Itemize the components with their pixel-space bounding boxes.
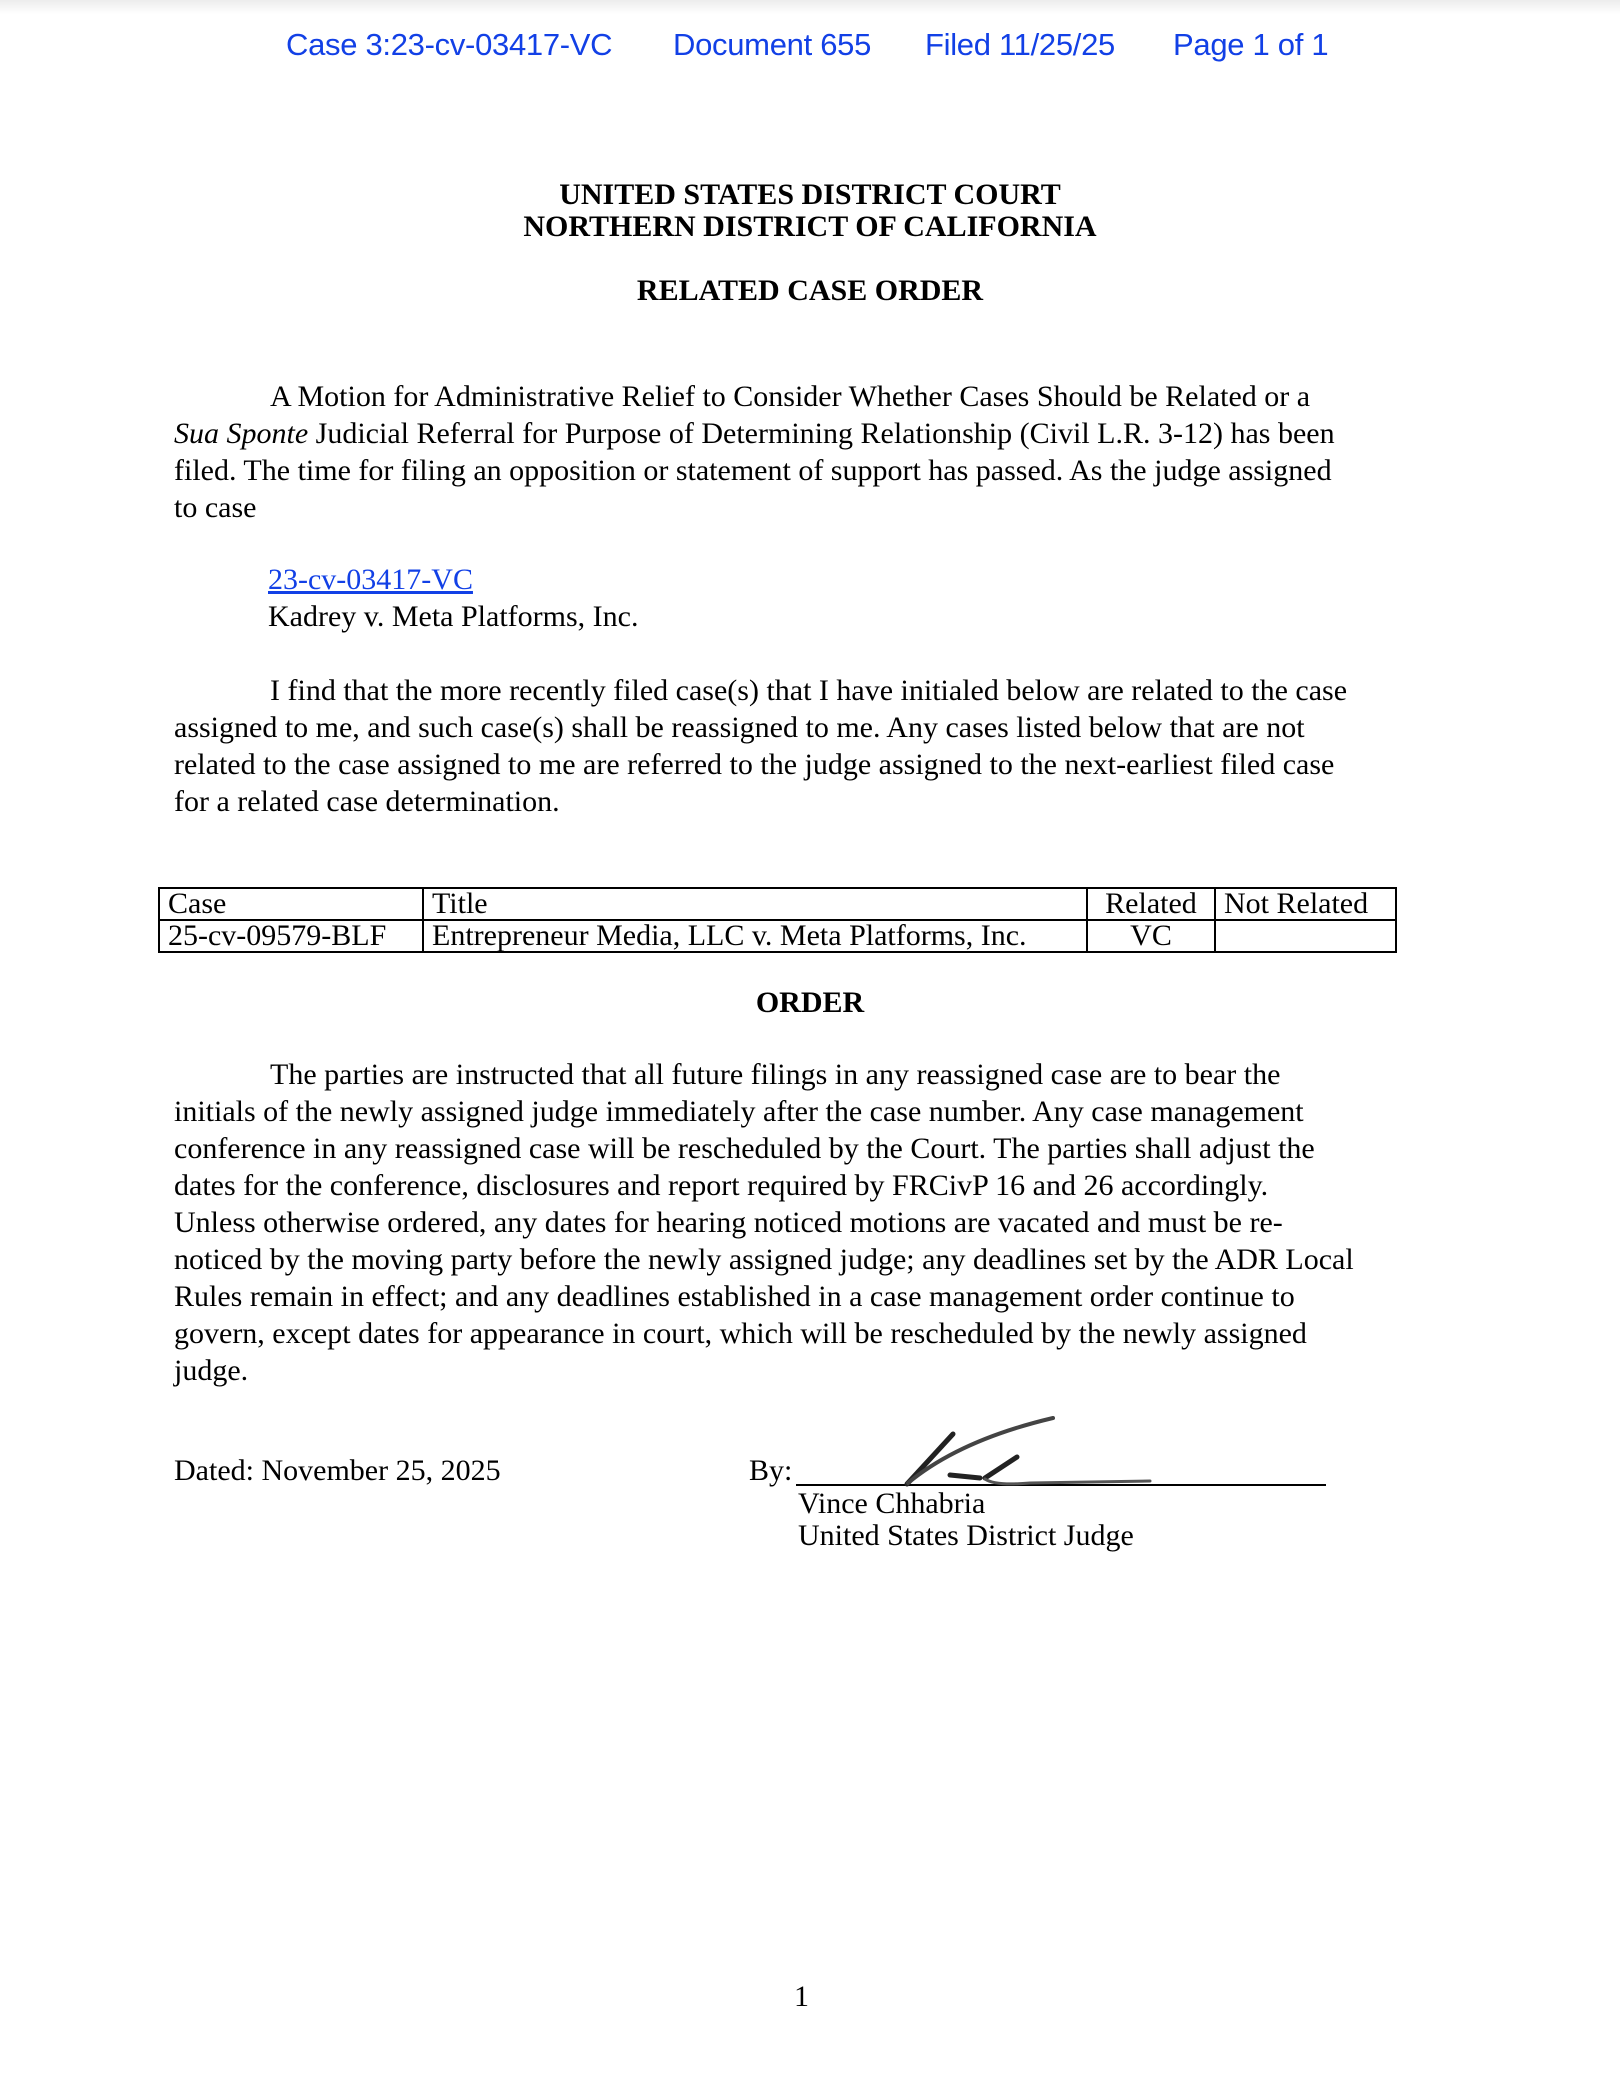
page-number: 1 <box>794 1978 809 2015</box>
judge-title: United States District Judge <box>798 1517 1134 1554</box>
handwritten-signature-icon <box>0 0 1620 2096</box>
